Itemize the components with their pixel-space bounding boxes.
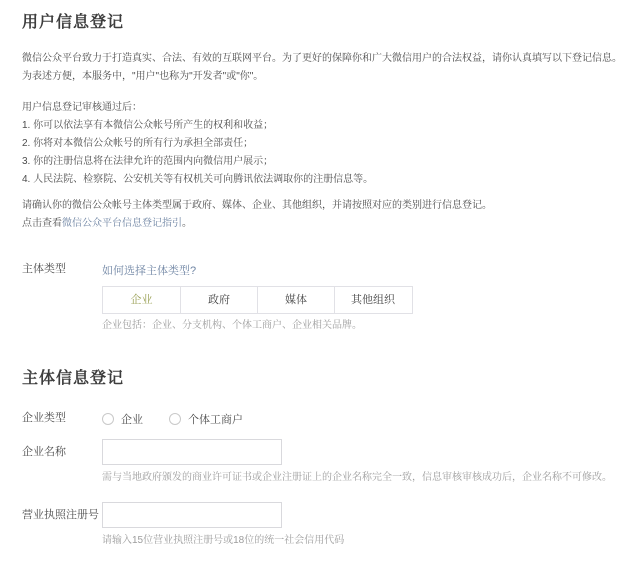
audit-lead: 用户信息登记审核通过后： <box>22 99 628 117</box>
radio-individual-business-icon <box>169 413 181 425</box>
audit-item-4: 4. 人民法院、检察院、公安机关等有权机关可向腾讯依法调取你的注册信息等。 <box>22 171 628 189</box>
intro-paragraph: 微信公众平台致力于打造真实、合法、有效的互联网平台。为了更好的保障你和广大微信用… <box>22 50 624 86</box>
guide-link-suffix: 。 <box>182 218 192 229</box>
tab-media[interactable]: 媒体 <box>257 287 334 313</box>
license-number-note: 请输入15位营业执照注册号或18位的统一社会信用代码 <box>102 534 628 548</box>
enterprise-type-label: 企业类型 <box>22 410 102 426</box>
enterprise-name-row: 企业名称 需与当地政府颁发的商业许可证书或企业注册证上的企业名称完全一致，信息审… <box>22 439 628 485</box>
license-number-label: 营业执照注册号 <box>22 502 102 528</box>
audit-item-1: 1. 你可以依法享有本微信公众帐号所产生的权利和收益； <box>22 117 628 135</box>
page-title: 用户信息登记 <box>22 13 628 33</box>
tab-government[interactable]: 政府 <box>180 287 257 313</box>
license-number-row: 营业执照注册号 请输入15位营业执照注册号或18位的统一社会信用代码 <box>22 502 628 548</box>
enterprise-name-note: 需与当地政府颁发的商业许可证书或企业注册证上的企业名称完全一致，信息审核审核成功… <box>102 471 628 485</box>
radio-enterprise[interactable]: 企业 <box>102 411 143 427</box>
subject-type-tabs: 企业 政府 媒体 其他组织 <box>102 286 413 314</box>
radio-enterprise-icon <box>102 413 114 425</box>
audit-item-3: 3. 你的注册信息将在法律允许的范围内向微信用户展示； <box>22 153 628 171</box>
tab-enterprise[interactable]: 企业 <box>103 287 180 313</box>
audit-item-2: 2. 你将对本微信公众帐号的所有行为承担全部责任； <box>22 135 628 153</box>
enterprise-type-row: 企业类型 企业 个体工商户 <box>22 410 628 427</box>
subject-type-row: 主体类型 如何选择主体类型? 企业 政府 媒体 其他组织 企业包括：企业、分支机… <box>22 261 628 333</box>
tab-other-organization[interactable]: 其他组织 <box>334 287 411 313</box>
subject-info-heading: 主体信息登记 <box>22 369 628 389</box>
subject-type-help-link[interactable]: 如何选择主体类型? <box>102 263 196 279</box>
license-number-input[interactable] <box>102 502 282 528</box>
confirm-text: 请确认你的微信公众帐号主体类型属于政府、媒体、企业、其他组织，并请按照对应的类别… <box>22 197 628 215</box>
subject-type-note: 企业包括：企业、分支机构、个体工商户、企业相关品牌。 <box>102 319 628 333</box>
radio-individual-business[interactable]: 个体工商户 <box>169 411 243 427</box>
audit-section: 用户信息登记审核通过后： 1. 你可以依法享有本微信公众帐号所产生的权利和收益；… <box>22 99 628 189</box>
registration-page: 用户信息登记 微信公众平台致力于打造真实、合法、有效的互联网平台。为了更好的保障… <box>0 0 640 561</box>
subject-type-label: 主体类型 <box>22 261 102 277</box>
confirm-section: 请确认你的微信公众帐号主体类型属于政府、媒体、企业、其他组织，并请按照对应的类别… <box>22 197 628 233</box>
enterprise-name-label: 企业名称 <box>22 439 102 465</box>
guide-link-prefix: 点击查看 <box>22 218 62 229</box>
registration-guide-link[interactable]: 微信公众平台信息登记指引 <box>62 218 182 229</box>
radio-enterprise-label: 企业 <box>121 411 143 427</box>
radio-individual-business-label: 个体工商户 <box>188 411 243 427</box>
guide-line: 点击查看微信公众平台信息登记指引。 <box>22 215 628 233</box>
enterprise-name-input[interactable] <box>102 439 282 465</box>
